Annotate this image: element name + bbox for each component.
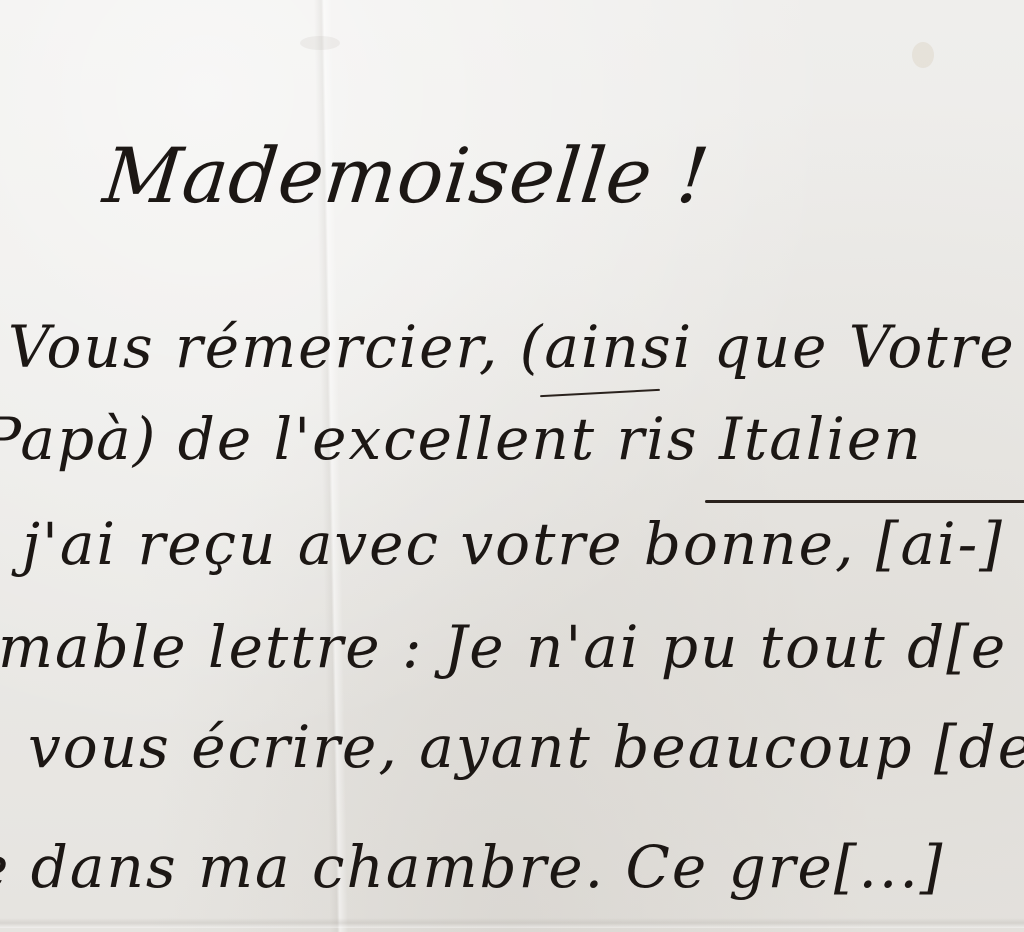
letter-page: Mademoiselle ! Vous rémercier, (ainsi qu…: [0, 0, 1024, 932]
underline-ris-italien: [705, 500, 1024, 503]
letter-line-6: e dans ma chambre. Ce gre[...]: [0, 838, 944, 896]
underline-ainsi: [540, 389, 660, 397]
letter-salutation: Mademoiselle !: [100, 138, 713, 214]
paper-stain: [300, 36, 340, 50]
paper-stain: [912, 42, 934, 68]
letter-line-4: mable lettre : Je n'ai pu tout d[e suite…: [0, 618, 1024, 676]
letter-line-1: Vous rémercier, (ainsi que Votre: [8, 318, 1016, 376]
letter-line-5: vous écrire, ayant beaucoup [de ...]: [28, 718, 1024, 776]
letter-line-2: Papà) de l'excellent ris Italien: [0, 410, 923, 468]
paper-fold-horizontal: [0, 918, 1024, 928]
letter-line-3: j'ai reçu avec votre bonne, [ai-]: [22, 515, 1004, 573]
